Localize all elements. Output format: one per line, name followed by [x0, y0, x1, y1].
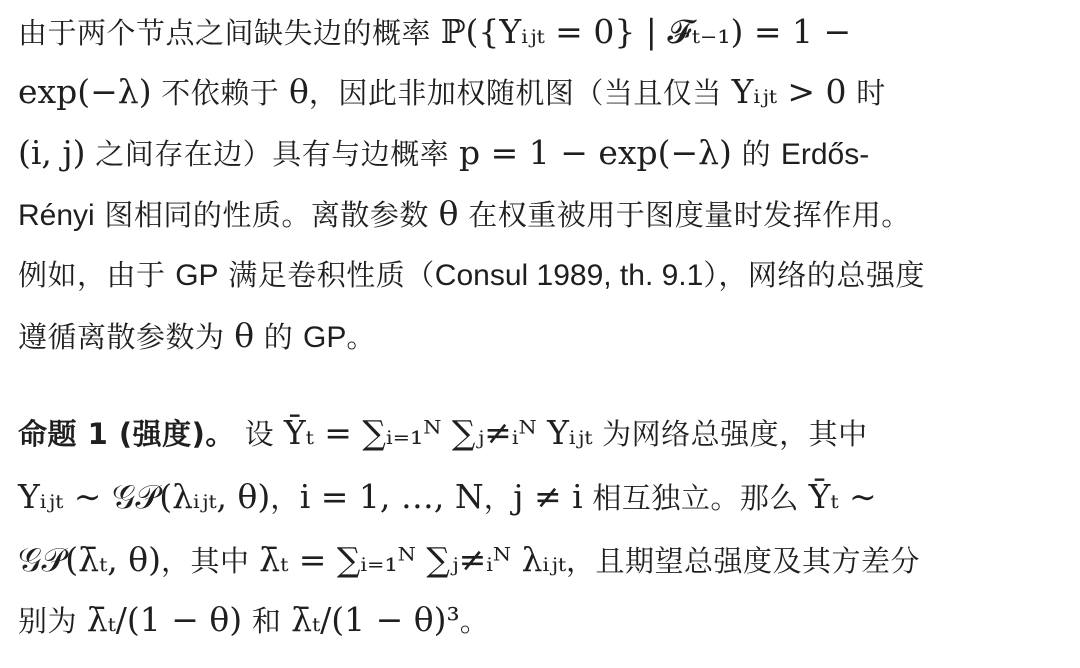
math-variance: λ̄ₜ/(1 − θ)³ — [291, 600, 460, 639]
math-i-range: i = 1, …, N — [300, 477, 484, 516]
text-segment: 和 — [242, 604, 291, 638]
text-segment: 之间存在边）具有与边概率 — [86, 137, 459, 171]
text-segment: 的 — [254, 320, 303, 354]
text-segment: 满足卷积性质（ — [219, 258, 435, 292]
text-segment: ），网络的总强度 — [703, 258, 925, 292]
text-segment: ， — [484, 481, 514, 515]
proposition-line-2: Yᵢⱼₜ ∼ 𝒢𝒫(λᵢⱼₜ, θ)，i = 1, …, N，j ≠ i 相互独… — [18, 477, 877, 517]
text-gp: GP — [303, 321, 346, 354]
text-segment: 例如，由于 — [18, 258, 175, 292]
text-renyi: Rényi — [18, 199, 95, 232]
text-segment: ，其中 — [161, 544, 259, 578]
proposition-line-4: 别为 λ̄ₜ/(1 − θ) 和 λ̄ₜ/(1 − θ)³。 — [18, 600, 489, 640]
math-exp-lambda: exp(−λ) — [18, 72, 152, 111]
text-segment: ，且期望总强度及其方差分 — [566, 544, 920, 578]
math-ybar-sim: Ȳₜ ∼ — [809, 477, 877, 516]
text-segment: 别为 — [18, 604, 87, 638]
text-segment: ， — [270, 481, 300, 515]
text-segment: 。 — [346, 320, 376, 354]
math-j-neq-i: j ≠ i — [513, 477, 582, 516]
text-segment: 图相同的性质。离散参数 — [95, 198, 439, 232]
text-segment: 不依赖于 — [152, 76, 289, 110]
math-gp-lambda-bar: 𝒢𝒫(λ̄ₜ, θ) — [18, 540, 161, 579]
math-lambda-bar-def: λ̄ₜ = ∑ᵢ₌₁ᴺ ∑ⱼ≠ᵢᴺ λᵢⱼₜ — [259, 540, 566, 579]
proposition-line-3: 𝒢𝒫(λ̄ₜ, θ)，其中 λ̄ₜ = ∑ᵢ₌₁ᴺ ∑ⱼ≠ᵢᴺ λᵢⱼₜ，且期望… — [18, 540, 920, 580]
paragraph1-line-5: 例如，由于 GP 满足卷积性质（Consul 1989, th. 9.1），网络… — [18, 255, 925, 295]
text-segment: 时 — [847, 76, 886, 110]
math-probability-missing-edge: ℙ({Yᵢⱼₜ = 0} | 𝓕ₜ₋₁) = 1 − — [441, 12, 851, 51]
paragraph1-line-6: 遵循离散参数为 θ 的 GP。 — [18, 316, 376, 356]
text-segment: 的 — [732, 137, 781, 171]
proposition-line-1: 命题 1 (强度)。 设 Ȳₜ = ∑ᵢ₌₁ᴺ ∑ⱼ≠ᵢᴺ Yᵢⱼₜ 为网络总强… — [18, 413, 868, 453]
paragraph1-line-3: (i, j) 之间存在边）具有与边概率 p = 1 − exp(−λ) 的 Er… — [18, 133, 869, 173]
math-ij-pair: (i, j) — [18, 133, 86, 172]
paragraph1-line-1: 由于两个节点之间缺失边的概率 ℙ({Yᵢⱼₜ = 0} | 𝓕ₜ₋₁) = 1 … — [18, 12, 851, 52]
text-segment: 为网络总强度，其中 — [592, 417, 867, 451]
document-page: 由于两个节点之间缺失边的概率 ℙ({Yᵢⱼₜ = 0} | 𝓕ₜ₋₁) = 1 … — [0, 0, 1080, 668]
text-segment: 相互独立。那么 — [583, 481, 809, 515]
math-edge-probability: p = 1 − exp(−λ) — [459, 133, 732, 172]
text-segment: 。 — [460, 604, 490, 638]
math-y-gp-dist: Yᵢⱼₜ ∼ 𝒢𝒫(λᵢⱼₜ, θ) — [18, 477, 270, 516]
text-segment: 由于两个节点之间缺失边的概率 — [18, 16, 441, 50]
text-segment: ，因此非加权随机图（当且仅当 — [309, 76, 732, 110]
math-y-positive: Yᵢⱼₜ > 0 — [732, 72, 847, 111]
math-expectation: λ̄ₜ/(1 − θ) — [87, 600, 242, 639]
text-segment: 设 — [235, 417, 284, 451]
text-gp: GP — [175, 259, 218, 292]
proposition-label: 命题 1 (强度)。 — [18, 417, 235, 451]
text-segment: 在权重被用于图度量时发挥作用。 — [459, 198, 911, 232]
paragraph1-line-2: exp(−λ) 不依赖于 θ，因此非加权随机图（当且仅当 Yᵢⱼₜ > 0 时 — [18, 72, 886, 112]
paragraph1-line-4: Rényi 图相同的性质。离散参数 θ 在权重被用于图度量时发挥作用。 — [18, 194, 911, 234]
math-theta: θ — [289, 72, 309, 111]
math-theta: θ — [234, 316, 254, 355]
math-total-strength-def: Ȳₜ = ∑ᵢ₌₁ᴺ ∑ⱼ≠ᵢᴺ Yᵢⱼₜ — [284, 413, 593, 452]
text-erdos: Erdős- — [781, 138, 869, 171]
text-segment: 遵循离散参数为 — [18, 320, 234, 354]
citation-consul: Consul 1989, th. 9.1 — [435, 259, 704, 292]
math-theta: θ — [439, 194, 459, 233]
